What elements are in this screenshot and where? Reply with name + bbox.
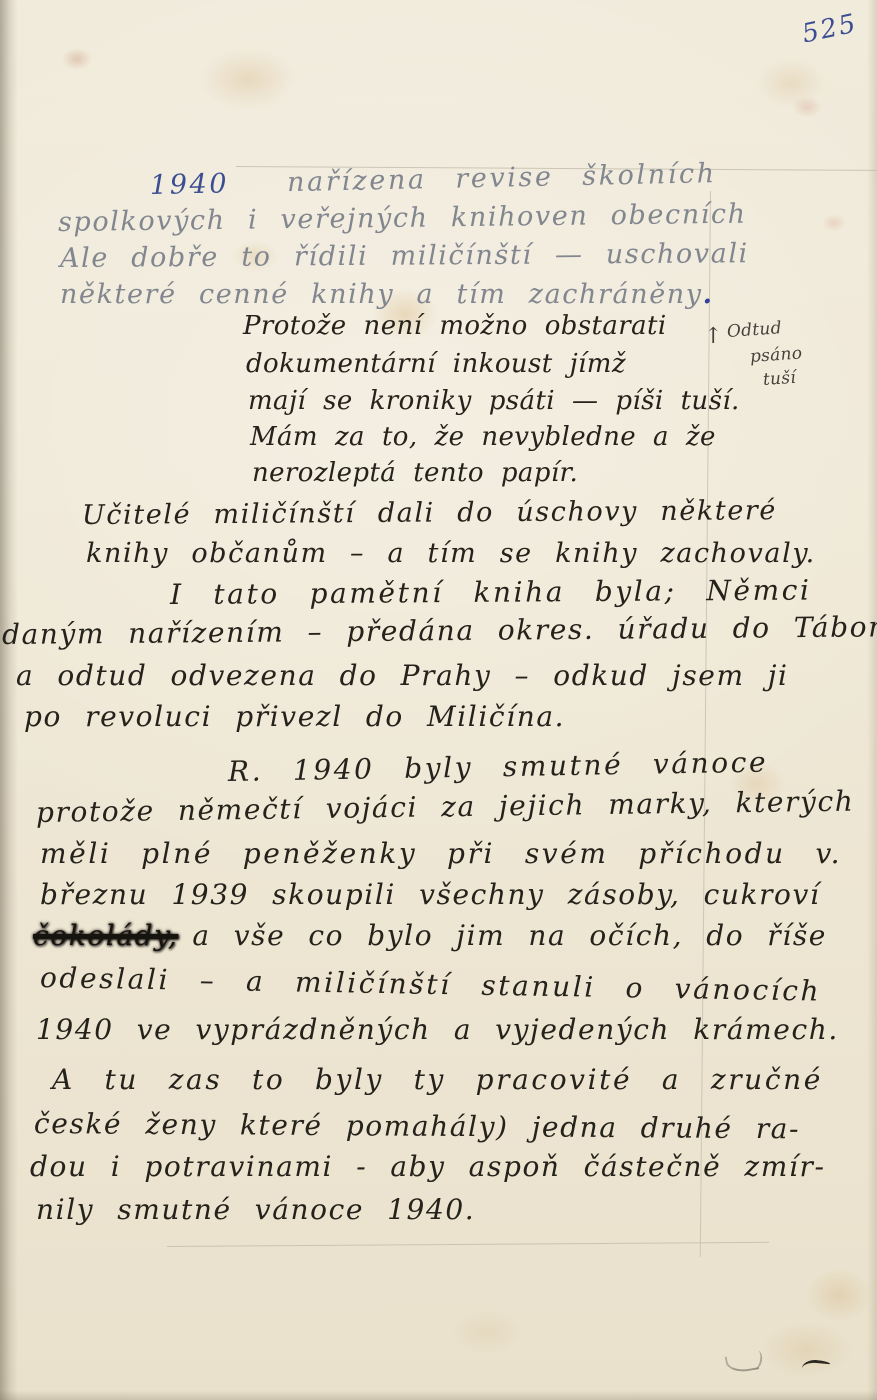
page-edge-shadow-left [0, 0, 18, 1400]
paragraph-christmas-line-8: A tu zas to byly ty pracovité a zručné [52, 1066, 823, 1094]
page-number: 525 [799, 9, 860, 50]
page-edge-shadow-right [867, 0, 877, 1400]
paper-stain [200, 48, 296, 110]
paragraph-ink-line-5: nerozleptá tento papír. [252, 460, 578, 486]
year-1940: 1940 [150, 168, 230, 201]
paper-stain [452, 1310, 522, 1354]
paragraph-christmas-line-7: 1940 ve vyprázdněných a vyjedených kráme… [36, 1016, 839, 1044]
paragraph-chronicle-line-3: a odtud odvezena do Prahy – odkud jsem j… [16, 662, 789, 690]
paragraph-revision-line-1: 1940nařízena revise školních [150, 160, 717, 199]
paragraph-revision-line-4: některé cenné knihy a tím zachráněny. [60, 281, 714, 308]
paragraph-ink-line-2: dokumentární inkoust jímž [246, 351, 626, 377]
line-text: některé cenné knihy a tím zachráněny [60, 279, 703, 310]
paper-stain [822, 214, 846, 232]
paragraph-teachers-line-2: knihy občanům – a tím se knihy zachovaly… [86, 540, 816, 567]
paragraph-christmas-line-5: čokolády,a vše co bylo jim na očích, do … [33, 922, 827, 950]
paragraph-revision-line-2: spolkových i veřejných knihoven obecních [58, 201, 747, 236]
paragraph-ink-line-3: mají se kroniky psáti — píši tuší. [248, 388, 740, 414]
paragraph-christmas-line-9: české ženy které pomahály) jedna druhé r… [34, 1110, 800, 1143]
paper-stain [806, 1268, 872, 1322]
paragraph-revision-line-3: Ale dobře to řídili miličínští — uschova… [60, 240, 749, 272]
paragraph-chronicle-line-4: po revoluci přivezl do Miličína. [24, 703, 565, 731]
paragraph-christmas-line-1: R. 1940 byly smutné vánoce [228, 749, 769, 786]
manuscript-page: 525 1940nařízena revise školních spolkov… [0, 0, 877, 1400]
paragraph-christmas-line-6: odeslali – a miličínští stanuli o vánocí… [40, 964, 822, 1006]
ruled-guide-line-right-margin [700, 191, 711, 1257]
ink-dash-mark [802, 1359, 831, 1373]
paper-stain [62, 48, 92, 70]
pencil-squiggle [746, 1349, 764, 1372]
paragraph-christmas-line-2: protože němečtí vojáci za jejich marky, … [36, 788, 855, 827]
paper-stain [792, 96, 822, 118]
blue-ink-period: . [703, 279, 714, 310]
paragraph-christmas-line-3: měli plné peněženky při svém příchodu v. [40, 840, 842, 868]
paragraph-christmas-line-4: březnu 1939 skoupili všechny zásoby, cuk… [40, 881, 821, 909]
paper-stain [756, 58, 826, 108]
line-text: a vše co bylo jim na očích, do říše [192, 919, 827, 952]
line-text: nařízena revise školních [287, 158, 717, 198]
paragraph-christmas-line-10: dou i potravinami - aby aspoň částečně z… [30, 1153, 826, 1181]
paragraph-chronicle-line-1: I tato pamětní kniha byla; Němci [170, 577, 812, 609]
paragraph-christmas-line-11: nily smutné vánoce 1940. [36, 1196, 475, 1224]
paragraph-teachers-line-1: Učitelé miličínští dali do úschovy někte… [82, 497, 777, 529]
margin-note-line-3: tuší [762, 370, 796, 389]
margin-note-line-2: psáno [749, 345, 802, 366]
margin-note-line-1: Odtud [726, 320, 782, 341]
paragraph-chronicle-line-2: daným nařízením – předána okres. úřadu d… [2, 613, 877, 649]
paragraph-ink-line-4: Mám za to, že nevybledne a že [250, 424, 716, 450]
page-edge-shadow-bottom [0, 1390, 877, 1400]
blotted-word: čokolády, [33, 919, 178, 952]
ruled-guide-line-bottom [167, 1242, 769, 1247]
arrow-up-icon: ↑ [704, 324, 722, 349]
paragraph-ink-line-1: Protože není možno obstarati [243, 313, 667, 339]
